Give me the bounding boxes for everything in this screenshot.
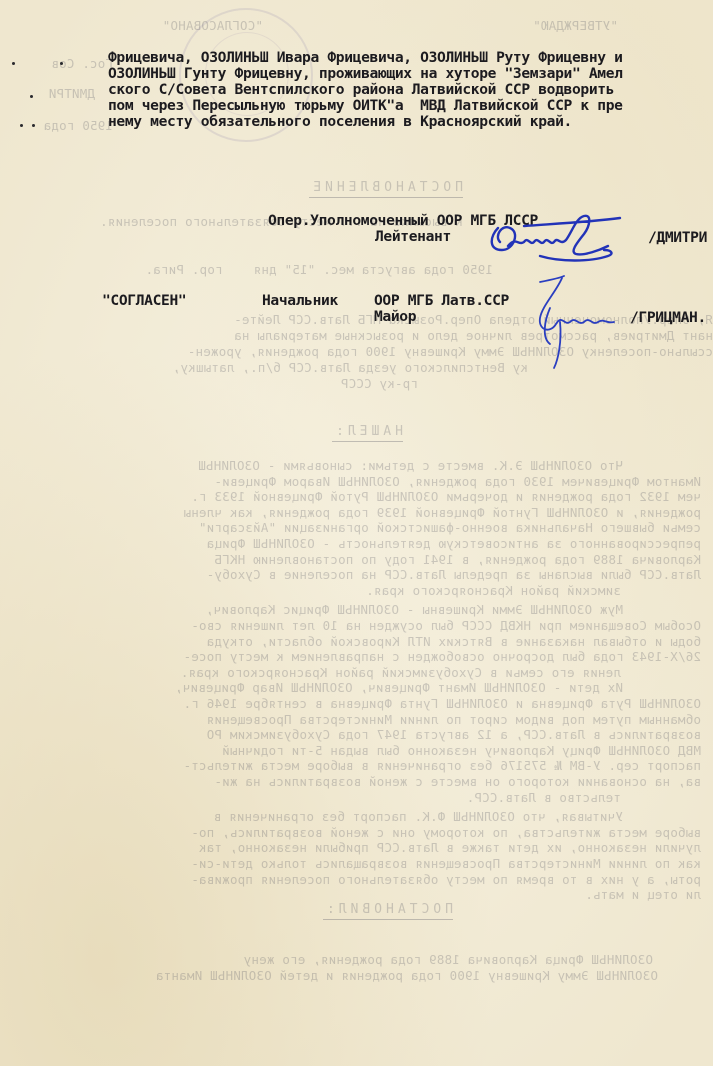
margin-mark	[20, 124, 23, 127]
signer-position: ООР МГБ Латв.ССР	[374, 292, 509, 309]
signer-rank: Майор	[374, 308, 416, 325]
paragraph-line: ского С/Совета Вентспилского района Латв…	[108, 82, 614, 98]
handwritten-signature-icon	[520, 272, 630, 372]
paragraph-line: Фрицевича, ОЗОЛИНЬШ Ивара Фрицевича, ОЗО…	[108, 50, 623, 66]
paragraph-line: ОЗОЛИНЬШ Гунту Фрицевну, проживающих на …	[108, 66, 623, 82]
margin-mark	[32, 124, 35, 127]
signer-title: Начальник	[262, 292, 338, 309]
handwritten-signature-icon	[480, 206, 640, 266]
paragraph-line: пом через Пересыльную тюрьму ОИТК"а МВД …	[108, 98, 623, 114]
margin-mark	[30, 95, 33, 98]
signer-name: /ГРИЦМАН.	[630, 309, 706, 326]
signer-name: /ДМИТРИ	[648, 229, 707, 246]
margin-mark	[60, 62, 63, 65]
margin-mark	[12, 62, 15, 65]
paper-background	[0, 0, 713, 1066]
signer-rank: Лейтенант	[375, 228, 451, 245]
paragraph-line: нему месту обязательного поселения в Кра…	[108, 114, 572, 130]
approval-label: "СОГЛАСЕН"	[102, 292, 186, 309]
